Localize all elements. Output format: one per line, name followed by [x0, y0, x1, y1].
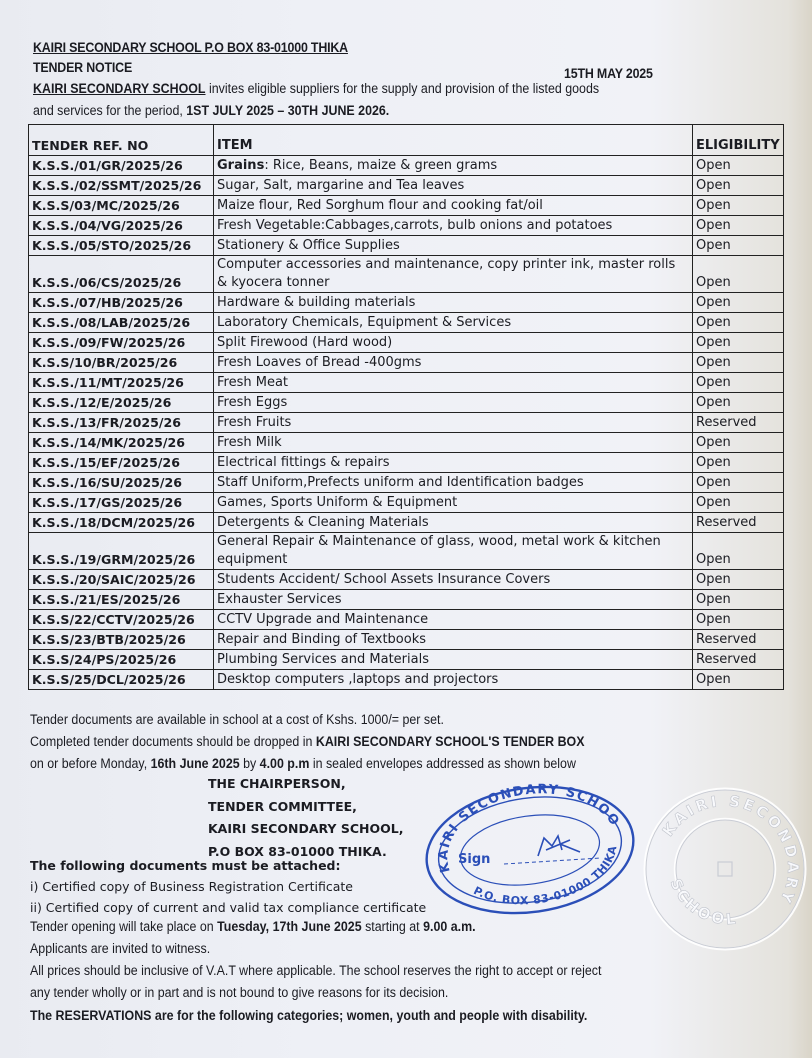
witness-line: Applicants are invited to witness. — [30, 941, 210, 956]
eligibility-status: Open — [693, 590, 784, 610]
tender-ref: K.S.S/25/DCL/2025/26 — [29, 670, 214, 690]
table-row: K.S.S./15/EF/2025/26Electrical fittings … — [29, 453, 784, 473]
eligibility-status: Open — [693, 670, 784, 690]
tender-table: TENDER REF. NO ITEM ELIGIBILITY K.S.S./0… — [28, 124, 784, 690]
docs-title: The following documents must be attached… — [30, 855, 426, 876]
tender-ref: K.S.S./19/GRM/2025/26 — [29, 533, 214, 570]
table-row: K.S.S./09/FW/2025/26Split Firewood (Hard… — [29, 333, 784, 353]
signature-icon — [538, 836, 580, 856]
table-row: K.S.S/03/MC/2025/26Maize flour, Red Sorg… — [29, 196, 784, 216]
intro-line-2: and services for the period, 1ST JULY 20… — [33, 103, 389, 118]
table-row: K.S.S/22/CCTV/2025/26CCTV Upgrade and Ma… — [29, 610, 784, 630]
tender-ref: K.S.S./04/VG/2025/26 — [29, 216, 214, 236]
deadline-time: 4.00 p.m — [260, 756, 310, 771]
eligibility-status: Open — [693, 293, 784, 313]
eligibility-status: Open — [693, 353, 784, 373]
tender-ref: K.S.S./16/SU/2025/26 — [29, 473, 214, 493]
tender-ref: K.S.S./21/ES/2025/26 — [29, 590, 214, 610]
eligibility-status: Open — [693, 236, 784, 256]
opening-date: Tuesday, 17th June 2025 — [217, 919, 362, 934]
notice-date: 15TH MAY 2025 — [564, 66, 653, 81]
contract-period: 1ST JULY 2025 – 30TH JUNE 2026. — [186, 103, 389, 118]
table-row: K.S.S/24/PS/2025/26Plumbing Services and… — [29, 650, 784, 670]
svg-text:P.O. BOX 83-01000 THIKA: P.O. BOX 83-01000 THIKA — [467, 843, 626, 916]
tender-item: Maize flour, Red Sorghum flour and cooki… — [214, 196, 693, 216]
eligibility-status: Open — [693, 493, 784, 513]
table-row: K.S.S./13/FR/2025/26Fresh FruitsReserved — [29, 413, 784, 433]
eligibility-status: Open — [693, 373, 784, 393]
table-row: K.S.S./14/MK/2025/26Fresh MilkOpen — [29, 433, 784, 453]
tender-item: Students Accident/ School Assets Insuran… — [214, 570, 693, 590]
tender-ref: K.S.S./15/EF/2025/26 — [29, 453, 214, 473]
eligibility-status: Open — [693, 473, 784, 493]
opening-time: 9.00 a.m. — [423, 919, 475, 934]
cost-line: Tender documents are available in school… — [30, 712, 444, 727]
eligibility-status: Open — [693, 196, 784, 216]
table-row: K.S.S./02/SSMT/2025/26 Sugar, Salt, marg… — [29, 176, 784, 196]
intro-school-name: KAIRI SECONDARY SCHOOL — [33, 81, 206, 96]
table-row: K.S.S./06/CS/2025/26Computer accessories… — [29, 256, 784, 293]
table-row: K.S.S./17/GS/2025/26Games, Sports Unifor… — [29, 493, 784, 513]
school-address-heading: KAIRI SECONDARY SCHOOL P.O BOX 83-01000 … — [33, 40, 348, 55]
eligibility-status: Open — [693, 610, 784, 630]
table-row: K.S.S./16/SU/2025/26Staff Uniform,Prefec… — [29, 473, 784, 493]
vat-line-1: All prices should be inclusive of V.A.T … — [30, 963, 601, 978]
tender-notice-page: KAIRI SECONDARY SCHOOL P.O BOX 83-01000 … — [0, 0, 812, 1058]
table-row: K.S.S/25/DCL/2025/26Desktop computers ,l… — [29, 670, 784, 690]
tender-item: Desktop computers ,laptops and projector… — [214, 670, 693, 690]
tender-ref: K.S.S./07/HB/2025/26 — [29, 293, 214, 313]
tender-item: Split Firewood (Hard wood) — [214, 333, 693, 353]
doc-item: ii) Certified copy of current and valid … — [30, 897, 426, 918]
tender-ref: K.S.S/22/CCTV/2025/26 — [29, 610, 214, 630]
tender-item: Stationery & Office Supplies — [214, 236, 693, 256]
tender-item: Plumbing Services and Materials — [214, 650, 693, 670]
reservations-line: The RESERVATIONS are for the following c… — [30, 1008, 587, 1023]
tender-item: Staff Uniform,Prefects uniform and Ident… — [214, 473, 693, 493]
required-documents: The following documents must be attached… — [30, 855, 426, 918]
table-row: K.S.S./20/SAIC/2025/26Students Accident/… — [29, 570, 784, 590]
tender-ref: K.S.S/24/PS/2025/26 — [29, 650, 214, 670]
eligibility-status: Open — [693, 176, 784, 196]
tender-item: Exhauster Services — [214, 590, 693, 610]
tender-ref: K.S.S./09/FW/2025/26 — [29, 333, 214, 353]
tender-ref: K.S.S./17/GS/2025/26 — [29, 493, 214, 513]
table-row: K.S.S/23/BTB/2025/26Repair and Binding o… — [29, 630, 784, 650]
table-row: K.S.S./01/GR/2025/26Grains: Rice, Beans,… — [29, 156, 784, 176]
tender-item: Grains: Rice, Beans, maize & green grams — [214, 156, 693, 176]
tender-ref: K.S.S./01/GR/2025/26 — [29, 156, 214, 176]
stamp-sign-label: Sign — [458, 852, 490, 867]
tender-item: Fresh Milk — [214, 433, 693, 453]
intro-line-1: KAIRI SECONDARY SCHOOL invites eligible … — [33, 81, 599, 96]
eligibility-status: Open — [693, 433, 784, 453]
drop-line: Completed tender documents should be dro… — [30, 734, 585, 749]
eligibility-status: Open — [693, 533, 784, 570]
tender-item: Electrical fittings & repairs — [214, 453, 693, 473]
eligibility-status: Reserved — [693, 413, 784, 433]
tender-ref: K.S.S./02/SSMT/2025/26 — [29, 176, 214, 196]
eligibility-status: Reserved — [693, 650, 784, 670]
tender-ref: K.S.S./12/E/2025/26 — [29, 393, 214, 413]
tender-item: Repair and Binding of Textbooks — [214, 630, 693, 650]
eligibility-status: Open — [693, 453, 784, 473]
tender-item: CCTV Upgrade and Maintenance — [214, 610, 693, 630]
table-row: K.S.S./05/STO/2025/26Stationery & Office… — [29, 236, 784, 256]
eligibility-status: Reserved — [693, 513, 784, 533]
table-row: K.S.S./12/E/2025/26Fresh EggsOpen — [29, 393, 784, 413]
eligibility-status: Open — [693, 216, 784, 236]
tender-ref: K.S.S./11/MT/2025/26 — [29, 373, 214, 393]
table-row: K.S.S./21/ES/2025/26Exhauster ServicesOp… — [29, 590, 784, 610]
table-row: K.S.S./07/HB/2025/26Hardware & building … — [29, 293, 784, 313]
vat-line-2: any tender wholly or in part and is not … — [30, 985, 448, 1000]
table-row: K.S.S/10/BR/2025/26Fresh Loaves of Bread… — [29, 353, 784, 373]
tender-ref: K.S.S/03/MC/2025/26 — [29, 196, 214, 216]
embossed-seal: KAIRI SECONDARY SCHOOL — [640, 784, 810, 954]
tender-item: Fresh Eggs — [214, 393, 693, 413]
table-row: K.S.S./04/VG/2025/26Fresh Vegetable:Cabb… — [29, 216, 784, 236]
table-row: K.S.S./18/DCM/2025/26Detergents & Cleani… — [29, 513, 784, 533]
tender-ref: K.S.S./08/LAB/2025/26 — [29, 313, 214, 333]
tender-ref: K.S.S./18/DCM/2025/26 — [29, 513, 214, 533]
doc-item: i) Certified copy of Business Registrati… — [30, 876, 426, 897]
eligibility-status: Open — [693, 256, 784, 293]
school-stamp: KAIRI SECONDARY SCHOOL P.O. BOX 83-01000… — [420, 780, 640, 920]
tender-item: Computer accessories and maintenance, co… — [214, 256, 693, 293]
tender-item: Detergents & Cleaning Materials — [214, 513, 693, 533]
tender-ref: K.S.S./05/STO/2025/26 — [29, 236, 214, 256]
tender-item: Games, Sports Uniform & Equipment — [214, 493, 693, 513]
tender-item: Fresh Meat — [214, 373, 693, 393]
tender-ref: K.S.S/10/BR/2025/26 — [29, 353, 214, 373]
tender-item: Sugar, Salt, margarine and Tea leaves — [214, 176, 693, 196]
tender-ref: K.S.S./20/SAIC/2025/26 — [29, 570, 214, 590]
tender-item: Fresh Vegetable:Cabbages,carrots, bulb o… — [214, 216, 693, 236]
deadline-date: 16th June 2025 — [151, 756, 240, 771]
tender-item: Fresh Loaves of Bread -400gms — [214, 353, 693, 373]
table-row: K.S.S./08/LAB/2025/26Laboratory Chemical… — [29, 313, 784, 333]
eligibility-status: Open — [693, 156, 784, 176]
tender-item: Hardware & building materials — [214, 293, 693, 313]
address-block: THE CHAIRPERSON, TENDER COMMITTEE, KAIRI… — [208, 773, 403, 863]
table-header-row: TENDER REF. NO ITEM ELIGIBILITY — [29, 125, 784, 156]
column-header-ref: TENDER REF. NO — [29, 125, 214, 156]
tender-ref: K.S.S./06/CS/2025/26 — [29, 256, 214, 293]
opening-line: Tender opening will take place on Tuesda… — [30, 919, 476, 934]
tender-ref: K.S.S./14/MK/2025/26 — [29, 433, 214, 453]
stamp-bottom-text: P.O. BOX 83-01000 THIKA — [467, 843, 626, 916]
column-header-eligibility: ELIGIBILITY — [693, 125, 784, 156]
deadline-line: on or before Monday, 16th June 2025 by 4… — [30, 756, 576, 771]
seal-emblem-icon — [718, 862, 732, 876]
eligibility-status: Open — [693, 333, 784, 353]
eligibility-status: Reserved — [693, 630, 784, 650]
column-header-item: ITEM — [214, 125, 693, 156]
table-row: K.S.S./19/GRM/2025/26General Repair & Ma… — [29, 533, 784, 570]
tender-ref: K.S.S./13/FR/2025/26 — [29, 413, 214, 433]
tender-item: Fresh Fruits — [214, 413, 693, 433]
tender-ref: K.S.S/23/BTB/2025/26 — [29, 630, 214, 650]
tender-item: Laboratory Chemicals, Equipment & Servic… — [214, 313, 693, 333]
eligibility-status: Open — [693, 313, 784, 333]
tender-item: General Repair & Maintenance of glass, w… — [214, 533, 693, 570]
tender-box: KAIRI SECONDARY SCHOOL'S TENDER BOX — [316, 734, 585, 749]
eligibility-status: Open — [693, 570, 784, 590]
notice-title: TENDER NOTICE — [33, 60, 132, 75]
table-row: K.S.S./11/MT/2025/26Fresh MeatOpen — [29, 373, 784, 393]
eligibility-status: Open — [693, 393, 784, 413]
